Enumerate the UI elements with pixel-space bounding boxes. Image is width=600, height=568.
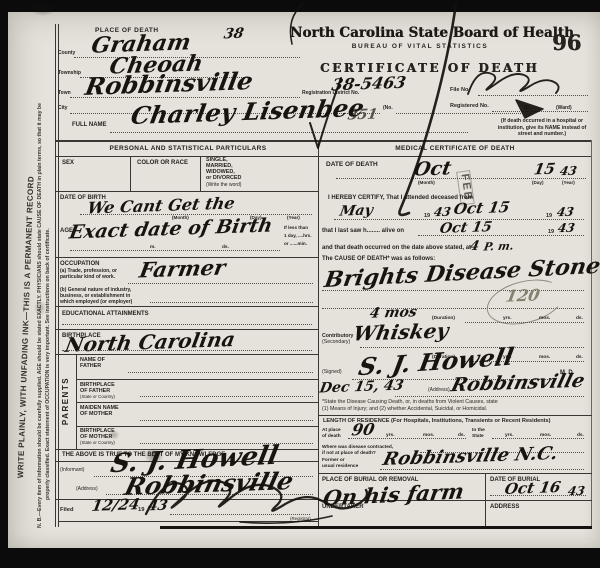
death-year-value: 43 <box>559 165 578 178</box>
at-place-line <box>348 438 466 439</box>
contracted-label-2: if not at place of death? <box>322 451 376 456</box>
hospital-note: (If death occurred in a hospital or inst… <box>496 118 588 138</box>
filed-year-prefix: 19 <box>138 507 144 513</box>
filed-label: Filed <box>60 507 74 513</box>
in-state-ds: ds. <box>577 433 584 438</box>
occupation-a-line <box>128 283 313 284</box>
if-less-note-1: If less than <box>284 226 308 231</box>
signed-address-label: (Address) <box>428 388 450 393</box>
duration-line-1 <box>465 322 584 323</box>
footnote-line-2: (1) Means of Injury; and (2) whether Acc… <box>322 407 487 413</box>
last-saw-statement: that I last saw h........ alive on <box>322 228 404 234</box>
informant-address-value: Robbinsville <box>122 469 296 499</box>
registration-district-value: 38-5463 <box>330 75 407 94</box>
registrar-label: (Registrar) <box>290 517 311 522</box>
filed-year-value: 43 <box>147 499 169 514</box>
certificate-of-death-title: CERTIFICATE OF DEATH <box>320 62 535 75</box>
row-line <box>55 306 318 307</box>
footnote-line-1: *State the Disease Causing Death, or, in… <box>322 400 498 406</box>
bottom-heavy-border <box>160 526 592 529</box>
board-of-health-title: North Carolina State Board of Health <box>290 26 550 40</box>
father-birthplace-line <box>140 396 313 397</box>
town-label: Town <box>58 91 71 96</box>
st-label: St.; <box>524 106 532 111</box>
burial-cell-divider <box>485 473 486 527</box>
filed-line <box>170 514 310 515</box>
contributory-value: Whiskey <box>352 320 450 343</box>
personal-section-title: PERSONAL AND STATISTICAL PARTICULARS <box>60 146 316 153</box>
filed-date-value: 12/24 <box>91 497 141 514</box>
section-title-underline <box>55 156 592 157</box>
duration1-mos: mos. <box>539 316 550 321</box>
dob-line <box>80 214 312 215</box>
district-code-handwritten: 38 <box>223 27 245 42</box>
informant-label: (Informant) <box>60 468 84 473</box>
former-residence-line <box>380 469 584 470</box>
contracted-label-1: Where was disease contracted, <box>322 445 393 450</box>
bureau-subtitle: BUREAU OF VITAL STATISTICS <box>330 44 510 51</box>
marital-label-4: or DIVORCED <box>206 176 241 182</box>
former-residence-label-2: usual residence <box>322 464 358 469</box>
dod-year-sub: (Year) <box>562 181 575 186</box>
education-label: EDUCATIONAL ATTAINMENTS <box>62 311 149 317</box>
dod-day-sub: (Day) <box>532 181 544 186</box>
father-name-line <box>128 372 313 373</box>
town-value: Robbinsville <box>83 69 255 99</box>
last-saw-year: 43 <box>557 222 576 235</box>
death-occurred-statement: and that death occurred on the date abov… <box>322 245 471 251</box>
in-state-mos: mos. <box>540 433 551 438</box>
father-name-label-2: FATHER <box>80 364 101 370</box>
mother-name-label-2: OF MOTHER <box>80 412 112 418</box>
contributory-label-2: (Secondary) <box>322 340 350 345</box>
mother-name-line <box>140 420 313 421</box>
at-place-yrs: yrs. <box>386 433 395 438</box>
file-no-line <box>478 95 588 96</box>
form-left-border-outer <box>55 24 56 527</box>
death-month-value: Oct <box>412 159 453 179</box>
fullname-section-divider <box>55 140 592 142</box>
last-saw-value: Oct 15 <box>439 220 493 236</box>
margin-nb-note-line1: N. B.—Every item of information should b… <box>38 23 43 528</box>
certify-statement: I HEREBY CERTIFY, That I attended deceas… <box>328 195 473 201</box>
scan-edge-shadow <box>30 2 56 16</box>
row-line <box>76 426 318 427</box>
death-time-meridiem: P. m. <box>483 240 515 252</box>
occupation-label: OCCUPATION <box>60 261 99 267</box>
duration-primary-value: 4 mos <box>369 305 418 321</box>
certificate-number: 96 <box>552 32 581 54</box>
sex-label: SEX <box>62 160 74 166</box>
occupation-b-label-3: which employed (or employer) <box>60 300 132 305</box>
in-state-line <box>492 438 584 439</box>
margin-nb-note-line2: properly classified. Exact statement of … <box>46 40 51 500</box>
education-line <box>62 324 312 325</box>
father-birthplace-sub: (State or Country) <box>80 395 115 400</box>
at-place-mos: mos. <box>423 433 434 438</box>
in-state-label-2: State <box>472 434 484 439</box>
row-line <box>76 402 318 403</box>
signed-address-line <box>395 396 584 397</box>
attended-to-value: Oct 15 <box>452 200 510 217</box>
attended-from-value: May <box>339 203 374 218</box>
age-line <box>70 250 280 251</box>
former-residence-label-1: Former or <box>322 458 345 463</box>
in-state-label-1: In the <box>472 428 485 433</box>
full-name-line <box>110 132 468 133</box>
signed-label: (Signed) <box>322 370 342 375</box>
ink-smudge <box>108 430 120 440</box>
undertaker-address-label: ADDRESS <box>490 504 519 510</box>
county-label: County <box>58 51 75 56</box>
form-left-border-inner <box>58 24 59 527</box>
mother-birthplace-sub: (State or Country) <box>80 441 115 446</box>
ink-smudge <box>144 448 164 464</box>
attended-to-year: 43 <box>556 206 575 219</box>
ward-label: (Ward) <box>556 106 572 111</box>
occupation-value: Farmer <box>138 257 227 281</box>
color-race-label: COLOR OR RACE <box>137 160 188 166</box>
township-label: Township <box>58 71 81 76</box>
file-no-label: File No. <box>450 88 470 94</box>
registered-no-label: Registered No. <box>450 104 489 110</box>
dob-year-sub: (Year) <box>287 216 300 221</box>
last-saw-year-prefix: 19 <box>548 230 554 236</box>
undertaker-label: UNDERTAKER <box>322 504 364 510</box>
at-place-label-1: At place <box>322 428 341 433</box>
parents-vertical-label: PARENTS <box>62 356 70 446</box>
date-of-burial-line <box>490 495 586 496</box>
if-less-note-3: or ......min. <box>284 242 307 247</box>
parents-cell-divider <box>76 354 77 449</box>
cell-divider <box>130 156 131 191</box>
attended-from-year: 43 <box>433 206 452 219</box>
signed-date-value: Dec 15, 43 <box>318 379 404 396</box>
occupation-a-label-2: particular kind of work. <box>60 275 115 280</box>
birthplace-line <box>62 350 312 351</box>
column-divider <box>318 140 319 527</box>
row-line <box>318 415 592 416</box>
city-label: City <box>58 106 67 111</box>
death-certificate-scan: WRITE PLAINLY, WITH UNFADING INK—THIS IS… <box>0 0 600 568</box>
at-place-label-2: of death <box>322 434 341 439</box>
row-line <box>58 521 318 522</box>
cell-divider <box>200 156 201 191</box>
duration2-ds: ds. <box>576 355 583 360</box>
pencil-120-value: 120 <box>504 287 540 304</box>
age-months-sub: m. <box>150 245 156 250</box>
in-state-yrs: yrs. <box>505 433 514 438</box>
full-name-label: FULL NAME <box>72 122 107 128</box>
from-year-prefix: 19 <box>424 214 430 220</box>
cause-of-death-label: The CAUSE OF DEATH* was as follows: <box>322 256 435 262</box>
at-place-ds: ds. <box>458 433 465 438</box>
duration2-mos: mos. <box>539 355 550 360</box>
ink-smudge <box>34 300 46 316</box>
if-less-note-2: 1 day, ....hrs. <box>284 234 312 239</box>
date-of-death-label: DATE OF DEATH <box>326 162 378 169</box>
death-day-value: 15 <box>533 162 557 178</box>
to-year-prefix: 19 <box>546 214 552 220</box>
at-place-years-value: 90 <box>351 422 376 439</box>
dod-month-sub: (Month) <box>418 181 435 186</box>
medical-section-title: MEDICAL CERTIFICATE OF DEATH <box>322 146 588 153</box>
informant-address-label: (Address) <box>76 487 98 492</box>
street-no-label: (No. <box>383 106 393 111</box>
marital-label-5: (Write the word) <box>206 183 241 188</box>
age-days-sub: ds. <box>222 245 229 250</box>
row-line <box>318 473 592 474</box>
duration1-ds: ds. <box>576 316 583 321</box>
row-line <box>55 191 318 192</box>
form-right-border <box>591 140 592 527</box>
street-line <box>396 113 521 114</box>
duration1-yrs: yrs. <box>503 316 512 321</box>
row-line <box>76 379 318 380</box>
occupation-b-line <box>150 302 313 303</box>
signed-address-value: Robbinsville <box>449 372 587 396</box>
registered-no-line <box>492 111 588 112</box>
birthplace-value: North Carolina <box>64 329 237 355</box>
